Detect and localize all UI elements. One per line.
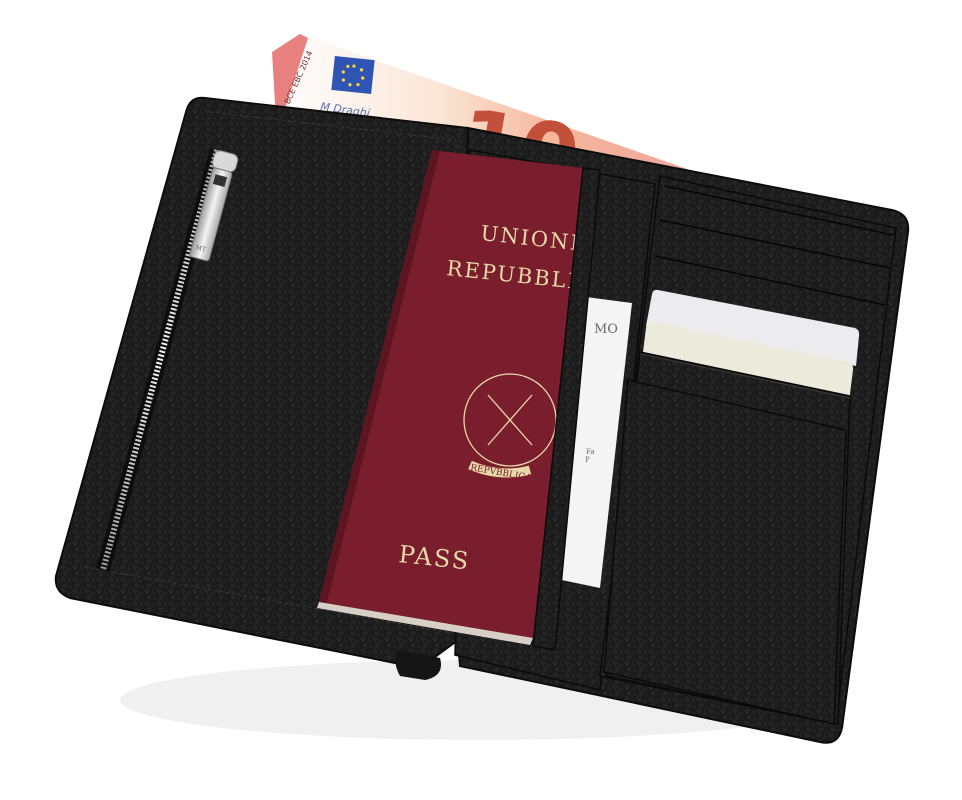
product-photo: B BCE EBC 2014 M Draghi 10 MT MO Fa: [0, 0, 962, 800]
insert-card-brand: MO: [594, 322, 618, 337]
insert-card-line: Fa: [586, 448, 595, 456]
insert-card-line: P: [585, 456, 590, 464]
eu-flag-icon: [331, 56, 374, 94]
